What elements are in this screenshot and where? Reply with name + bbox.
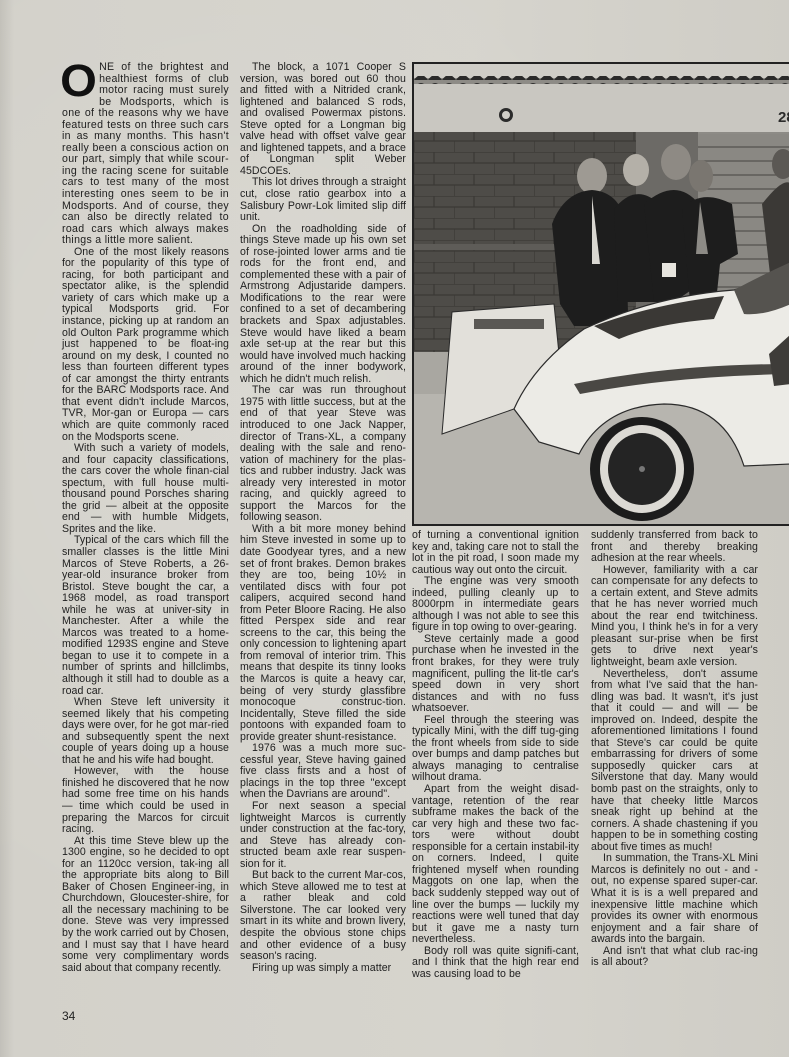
article-paragraph: The engine was very smooth indeed, pulli… bbox=[412, 576, 579, 634]
magazine-page: ONE of the brightest and healthiest form… bbox=[0, 0, 789, 1057]
article-paragraph: Body roll was quite signifi-cant, and I … bbox=[412, 946, 579, 981]
article-paragraph: However, familiarity with a car can comp… bbox=[591, 565, 758, 669]
race-car-photo: 28 bbox=[412, 62, 789, 526]
article-paragraph: of turning a conventional ignition key a… bbox=[412, 530, 579, 576]
photo-illustration: 28 bbox=[414, 64, 789, 524]
article-paragraph: With such a variety of models, and four … bbox=[62, 443, 229, 535]
article-paragraph: Steve certainly made a good purchase whe… bbox=[412, 634, 579, 715]
article-paragraph: But back to the current Mar-cos, which S… bbox=[240, 870, 406, 962]
article-column-1: ONE of the brightest and healthiest form… bbox=[62, 62, 229, 974]
article-column-3: of turning a conventional ignition key a… bbox=[412, 530, 579, 980]
article-paragraph: This lot drives through a straight cut, … bbox=[240, 177, 406, 223]
article-paragraph: One of the most likely reasons for the p… bbox=[62, 247, 229, 443]
page-number: 34 bbox=[62, 1009, 75, 1023]
article-intro-paragraph: ONE of the brightest and healthiest form… bbox=[62, 62, 229, 247]
article-paragraph: For next season a special lightweight Ma… bbox=[240, 801, 406, 870]
article-paragraph: In summation, the Trans-XL Mini Marcos i… bbox=[591, 853, 758, 945]
article-paragraph: And isn't that what club rac-ing is all … bbox=[591, 946, 758, 969]
article-paragraph: The car was run throughout 1975 with lit… bbox=[240, 385, 406, 524]
pit-number: 28 bbox=[778, 109, 789, 126]
article-paragraph: suddenly transferred from back to front … bbox=[591, 530, 758, 565]
article-paragraph: Firing up was simply a matter bbox=[240, 963, 406, 975]
drop-cap: O bbox=[60, 62, 97, 99]
article-paragraph: Feel through the steering was typically … bbox=[412, 715, 579, 784]
article-paragraph: On the roadholding side of things Steve … bbox=[240, 224, 406, 386]
article-column-4: suddenly transferred from back to front … bbox=[591, 530, 758, 969]
article-paragraph: However, with the house finished he disc… bbox=[62, 766, 229, 835]
article-paragraph: 1976 was a much more suc-cessful year, S… bbox=[240, 743, 406, 801]
article-paragraph: The block, a 1071 Cooper S version, was … bbox=[240, 62, 406, 177]
article-column-2: The block, a 1071 Cooper S version, was … bbox=[240, 62, 406, 974]
article-paragraph: At this time Steve blew up the 1300 engi… bbox=[62, 836, 229, 975]
article-paragraph: When Steve left university it seemed lik… bbox=[62, 697, 229, 766]
article-paragraph: Typical of the cars which fill the small… bbox=[62, 535, 229, 697]
article-paragraph: Nevertheless, don't assume from what I'v… bbox=[591, 669, 758, 854]
article-paragraph: Apart from the weight disad-vantage, ret… bbox=[412, 784, 579, 946]
article-paragraph: With a bit more money behind him Steve i… bbox=[240, 524, 406, 743]
